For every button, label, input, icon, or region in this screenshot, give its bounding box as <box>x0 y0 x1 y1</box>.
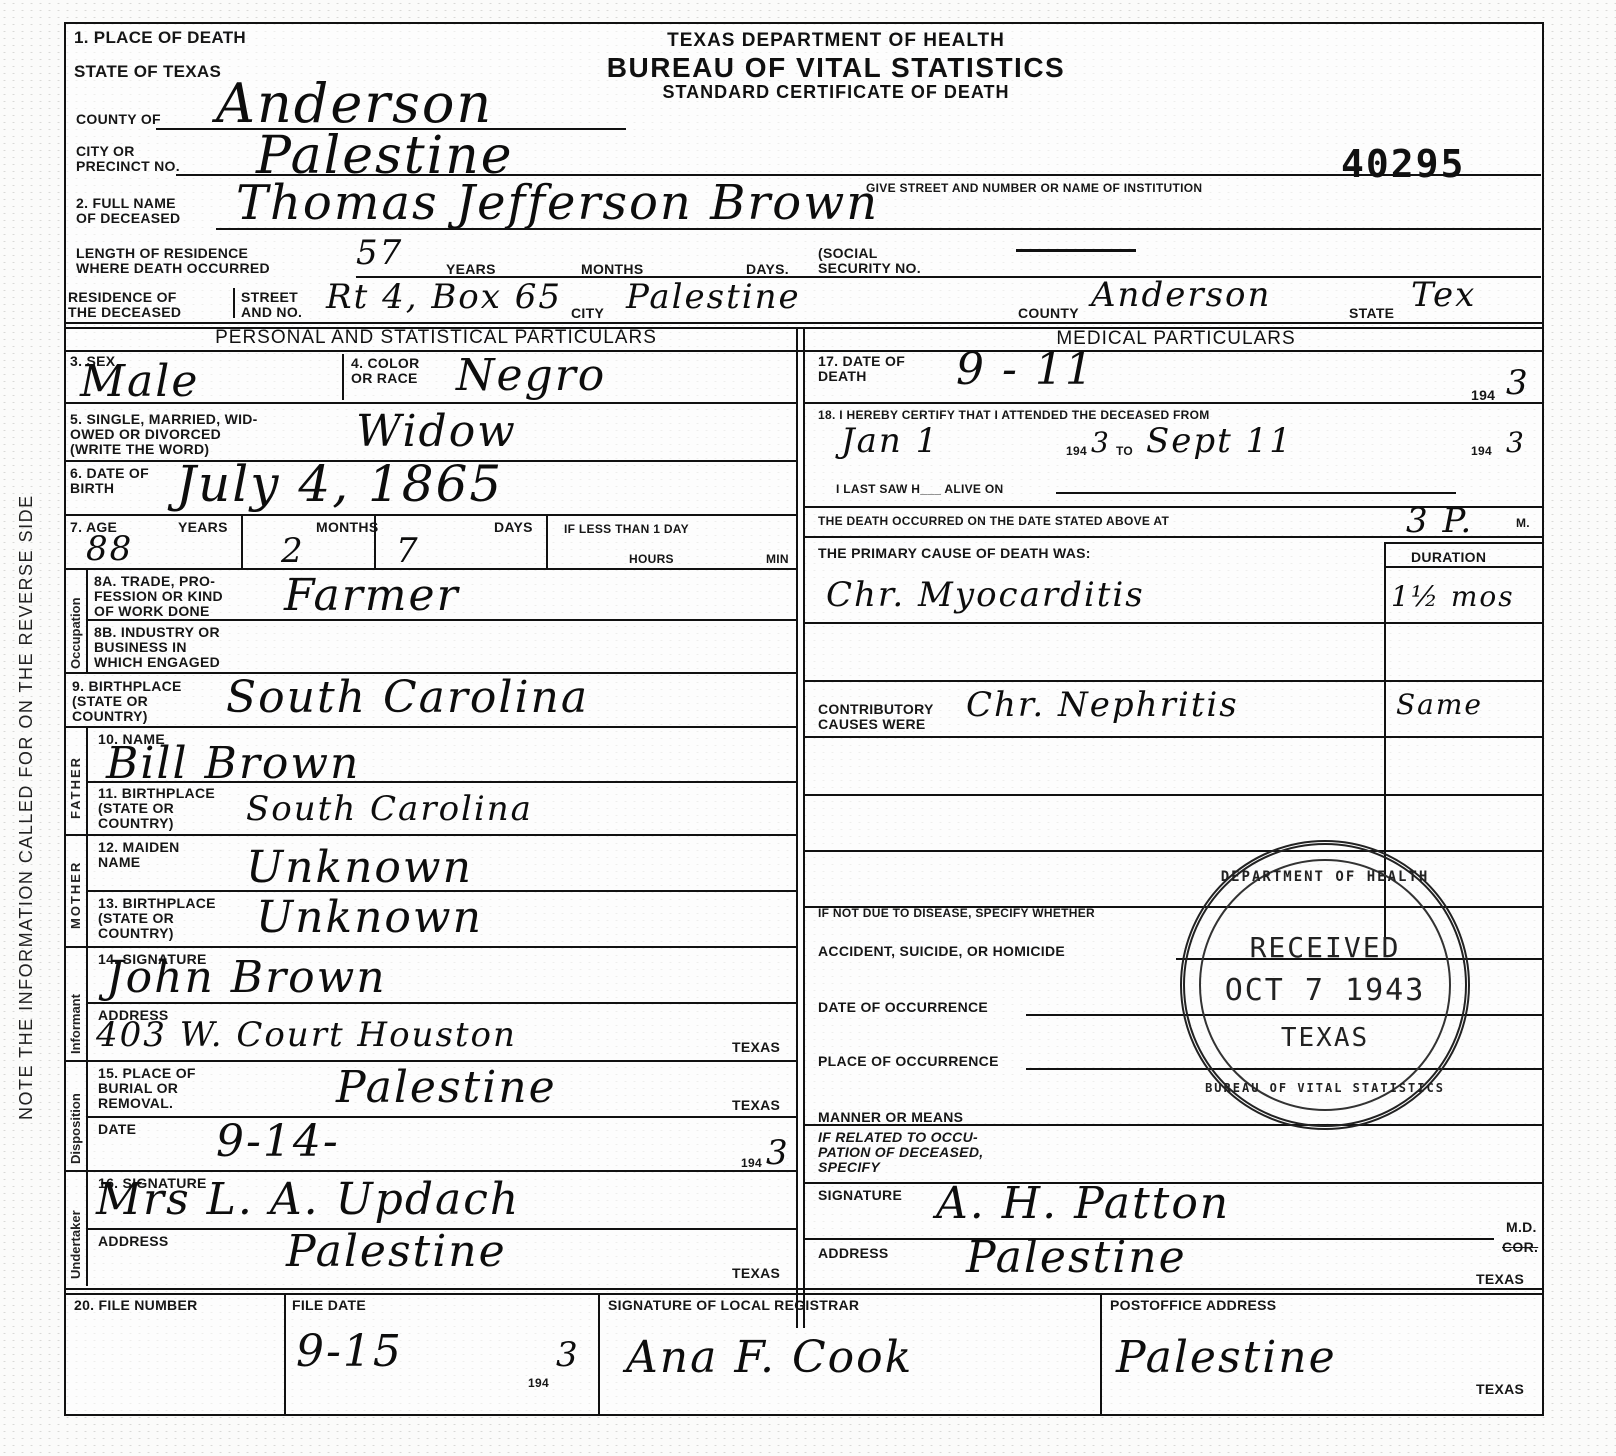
burial-year-value: 3 <box>766 1134 790 1172</box>
father-birthplace-value: South Carolina <box>246 790 533 828</box>
months-label: MONTHS <box>581 262 643 277</box>
death-county-value: Anderson <box>216 80 493 128</box>
trade-label: 8A. TRADE, PRO- FESSION OR KIND OF WORK … <box>94 574 223 619</box>
primary-cause-value: Chr. Myocarditis <box>826 576 1145 614</box>
state-label: STATE OF TEXAS <box>74 64 221 79</box>
manner-label: MANNER OR MEANS <box>818 1110 963 1125</box>
department-title: TEXAS DEPARTMENT OF HEALTH <box>536 30 1136 52</box>
burial-place-value: Palestine <box>336 1064 557 1112</box>
years-label: YEARS <box>446 262 496 277</box>
form-title: STANDARD CERTIFICATE OF DEATH <box>536 82 1136 103</box>
father-group-label: FATHER <box>68 756 83 819</box>
death-year-prefix: 194 <box>1471 388 1495 403</box>
primary-cause-label: THE PRIMARY CAUSE OF DEATH WAS: <box>818 546 1091 561</box>
mother-maiden-label: 12. MAIDEN NAME <box>98 840 180 870</box>
street-label: STREET AND NO. <box>241 290 302 320</box>
mother-birthplace-label: 13. BIRTHPLACE (STATE OR COUNTRY) <box>98 896 216 941</box>
registrar-label: SIGNATURE OF LOCAL REGISTRAR <box>608 1298 859 1313</box>
primary-cause-duration: 1½ mos <box>1391 582 1515 612</box>
coroner-label: COR. <box>1502 1240 1538 1255</box>
birthplace-label: 9. BIRTHPLACE (STATE OR COUNTRY) <box>72 679 182 724</box>
certificate-number: 40295 <box>1341 142 1465 186</box>
file-year-value: 3 <box>556 1336 580 1374</box>
burial-texas-label: TEXAS <box>732 1098 780 1113</box>
personal-section-title: PERSONAL AND STATISTICAL PARTICULARS <box>106 327 766 349</box>
residence-street-value: Rt 4, Box 65 <box>326 278 562 316</box>
age-years-value: 88 <box>86 530 133 568</box>
residence-years-value: 57 <box>356 234 403 272</box>
undertaker-group-label: Undertaker <box>68 1210 83 1279</box>
place-of-death-label: 1. PLACE OF DEATH <box>74 30 246 45</box>
mother-maiden-value: Unknown <box>246 844 473 892</box>
deceased-name-value: Thomas Jefferson Brown <box>236 179 879 227</box>
marital-status-label: 5. SINGLE, MARRIED, WID- OWED OR DIVORCE… <box>70 412 258 457</box>
bureau-title: BUREAU OF VITAL STATISTICS <box>536 52 1136 84</box>
age-days-label: DAYS <box>494 520 533 535</box>
death-time-value: 3 P. <box>1406 502 1473 540</box>
date-of-death-label: 17. DATE OF DEATH <box>818 354 905 384</box>
postoffice-value: Palestine <box>1116 1334 1337 1382</box>
residence-county-value: Anderson <box>1091 276 1271 314</box>
stamp-state: TEXAS <box>1185 1023 1465 1053</box>
burial-date-value: 9-14- <box>216 1118 340 1166</box>
attended-from-year-prefix: 194 <box>1066 444 1087 458</box>
date-of-birth-label: 6. DATE OF BIRTH <box>70 466 149 496</box>
burial-year-prefix: 194 <box>741 1156 762 1170</box>
file-number-label: 20. FILE NUMBER <box>74 1298 198 1313</box>
industry-label: 8B. INDUSTRY OR BUSINESS IN WHICH ENGAGE… <box>94 625 220 670</box>
age-days-value: 7 <box>396 532 420 570</box>
mother-group-label: MOTHER <box>68 861 83 929</box>
death-year-value: 3 <box>1506 364 1530 402</box>
attended-from-value: Jan 1 <box>841 422 939 460</box>
received-stamp: DEPARTMENT OF HEALTH RECEIVED OCT 7 1943… <box>1180 840 1470 1130</box>
reverse-side-note: NOTE THE INFORMATION CALLED FOR ON THE R… <box>16 300 37 1120</box>
residence-state-label: STATE <box>1349 306 1394 321</box>
occurrence-date-label: DATE OF OCCURRENCE <box>818 1000 988 1015</box>
county-label: COUNTY OF <box>76 112 161 127</box>
informant-address-value: 403 W. Court Houston <box>96 1016 517 1054</box>
last-saw-label: I LAST SAW H___ ALIVE ON <box>836 482 1003 496</box>
physician-signature-label: SIGNATURE <box>818 1188 902 1203</box>
contributory-cause-value: Chr. Nephritis <box>966 686 1239 724</box>
file-date-label: FILE DATE <box>292 1298 366 1313</box>
death-city-value: Palestine <box>256 132 514 180</box>
father-birthplace-label: 11. BIRTHPLACE (STATE OR COUNTRY) <box>98 786 215 831</box>
attended-to-value: Sept 11 <box>1146 422 1293 460</box>
burial-date-label: DATE <box>98 1122 136 1137</box>
date-of-death-value: 9 - 11 <box>956 346 1095 394</box>
less-than-day-label: IF LESS THAN 1 DAY <box>564 522 689 536</box>
postoffice-label: POSTOFFICE ADDRESS <box>1110 1298 1276 1313</box>
date-of-birth-value: July 4, 1865 <box>176 460 503 508</box>
accident-label: ACCIDENT, SUICIDE, OR HOMICIDE <box>818 944 1065 959</box>
attended-to-year-value: 3 <box>1506 428 1526 458</box>
residence-state-value: Tex <box>1411 276 1476 314</box>
stamp-received: RECEIVED <box>1185 931 1465 964</box>
am-pm-label: M. <box>1516 516 1530 530</box>
certificate-form: TEXAS DEPARTMENT OF HEALTH BUREAU OF VIT… <box>64 22 1544 1416</box>
attended-from-year-value: 3 <box>1091 428 1111 458</box>
hours-label: HOURS <box>629 552 674 566</box>
age-years-label: YEARS <box>178 520 228 535</box>
to-label: TO <box>1116 444 1133 458</box>
residence-city-value: Palestine <box>626 278 801 316</box>
occurrence-place-label: PLACE OF OCCURRENCE <box>818 1054 999 1069</box>
undertaker-signature-value: Mrs L. A. Updach <box>96 1176 520 1224</box>
residence-city-label: CITY <box>571 306 604 321</box>
stamp-date: OCT 7 1943 <box>1185 973 1465 1008</box>
residence-county-label: COUNTY <box>1018 306 1079 321</box>
undertaker-texas-label: TEXAS <box>732 1266 780 1281</box>
informant-signature-value: John Brown <box>106 954 387 1002</box>
death-certificate-page: NOTE THE INFORMATION CALLED FOR ON THE R… <box>0 0 1616 1456</box>
marital-status-value: Widow <box>356 408 517 456</box>
race-value: Negro <box>456 352 606 400</box>
occupation-group-label: Occupation <box>68 597 83 669</box>
physician-address-value: Palestine <box>966 1234 1187 1282</box>
attended-to-year-prefix: 194 <box>1471 444 1492 458</box>
minutes-label: MIN <box>766 552 789 566</box>
occupation-related-label: IF RELATED TO OCCU- PATION OF DECEASED, … <box>818 1130 983 1175</box>
medical-section-title: MEDICAL PARTICULARS <box>811 328 1541 350</box>
ssn-label: (SOCIAL SECURITY NO. <box>818 246 921 276</box>
duration-label: DURATION <box>1411 550 1486 565</box>
disposition-group-label: Disposition <box>68 1093 83 1164</box>
contributory-causes-label: CONTRIBUTORY CAUSES WERE <box>818 702 934 732</box>
file-year-prefix: 194 <box>528 1376 549 1390</box>
file-date-value: 9-15 <box>296 1328 403 1376</box>
residence-label: RESIDENCE OF THE DECEASED <box>68 290 181 320</box>
physician-signature-value: A. H. Patton <box>936 1180 1230 1228</box>
stamp-top-arc: DEPARTMENT OF HEALTH <box>1185 869 1465 885</box>
contributory-duration-value: Same <box>1396 690 1483 720</box>
days-label: DAYS. <box>746 262 789 277</box>
death-time-label: THE DEATH OCCURRED ON THE DATE STATED AB… <box>818 514 1169 528</box>
physician-texas-label: TEXAS <box>1476 1272 1524 1287</box>
postoffice-texas-label: TEXAS <box>1476 1382 1524 1397</box>
residence-length-label: LENGTH OF RESIDENCE WHERE DEATH OCCURRED <box>76 246 270 276</box>
burial-place-label: 15. PLACE OF BURIAL OR REMOVAL. <box>98 1066 196 1111</box>
undertaker-address-value: Palestine <box>286 1228 507 1276</box>
informant-texas-label: TEXAS <box>732 1040 780 1055</box>
registrar-signature-value: Ana F. Cook <box>626 1334 913 1382</box>
sex-value: Male <box>80 358 199 406</box>
certify-label: 18. I HEREBY CERTIFY THAT I ATTENDED THE… <box>818 408 1210 422</box>
city-label: CITY OR PRECINCT NO. <box>76 144 180 174</box>
race-label: 4. COLOR OR RACE <box>351 356 420 386</box>
institution-label: GIVE STREET AND NUMBER OR NAME OF INSTIT… <box>866 181 1202 195</box>
not-disease-label: IF NOT DUE TO DISEASE, SPECIFY WHETHER <box>818 906 1095 920</box>
stamp-bottom-arc: BUREAU OF VITAL STATISTICS <box>1185 1081 1465 1095</box>
md-label: M.D. <box>1506 1220 1537 1235</box>
trade-value: Farmer <box>284 572 460 620</box>
informant-group-label: Informant <box>68 994 83 1054</box>
full-name-label: 2. FULL NAME OF DECEASED <box>76 196 180 226</box>
mother-birthplace-value: Unknown <box>256 894 483 942</box>
physician-address-label: ADDRESS <box>818 1246 889 1261</box>
age-months-label: MONTHS <box>316 520 378 535</box>
undertaker-address-label: ADDRESS <box>98 1234 169 1249</box>
birthplace-value: South Carolina <box>226 674 589 722</box>
age-months-value: 2 <box>281 532 305 570</box>
